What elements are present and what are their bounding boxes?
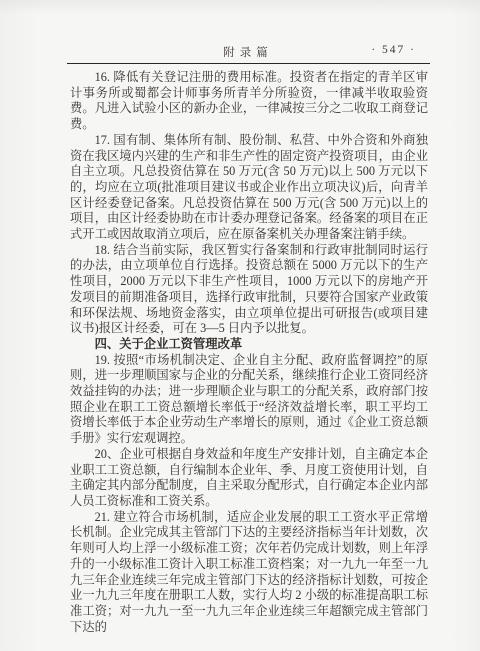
paragraph: 20、企业可根据自身效益和年度生产安排计划，自主确定本企业职工工资总额，自行编制… — [70, 447, 428, 510]
document-body: 16. 降低有关登记注册的费用标准。投资者在指定的青羊区审计事务所或蜀都会计师事… — [70, 70, 428, 635]
page-number: · 547 · — [371, 44, 416, 56]
paragraph: 18. 结合当前实际，我区暂实行备案制和行政审批制同时运行的办法，由立项单位自行… — [70, 243, 428, 337]
header-rule-divider — [67, 63, 430, 64]
paragraph: 16. 降低有关登记注册的费用标准。投资者在指定的青羊区审计事务所或蜀都会计师事… — [70, 70, 428, 133]
paragraph: 21. 建立符合市场机制，适应企业发展的职工工资水平正常增长机制。企业完成其主管… — [70, 510, 428, 636]
running-head-section-title: 附录篇 — [223, 44, 273, 60]
scanned-page: 附录篇 · 547 · 16. 降低有关登记注册的费用标准。投资者在指定的青羊区… — [0, 0, 480, 651]
section-heading: 四、关于企业工资管理改革 — [70, 337, 428, 353]
page-header: 附录篇 · 547 · — [68, 44, 428, 62]
paragraph: 17. 国有制、集体所有制、股份制、私营、中外合资和外商独资在我区境内兴建的生产… — [70, 133, 428, 243]
paragraph: 19. 按照“市场机制决定、企业自主分配、政府监督调控”的原则，进一步理顺国家与… — [70, 353, 428, 447]
